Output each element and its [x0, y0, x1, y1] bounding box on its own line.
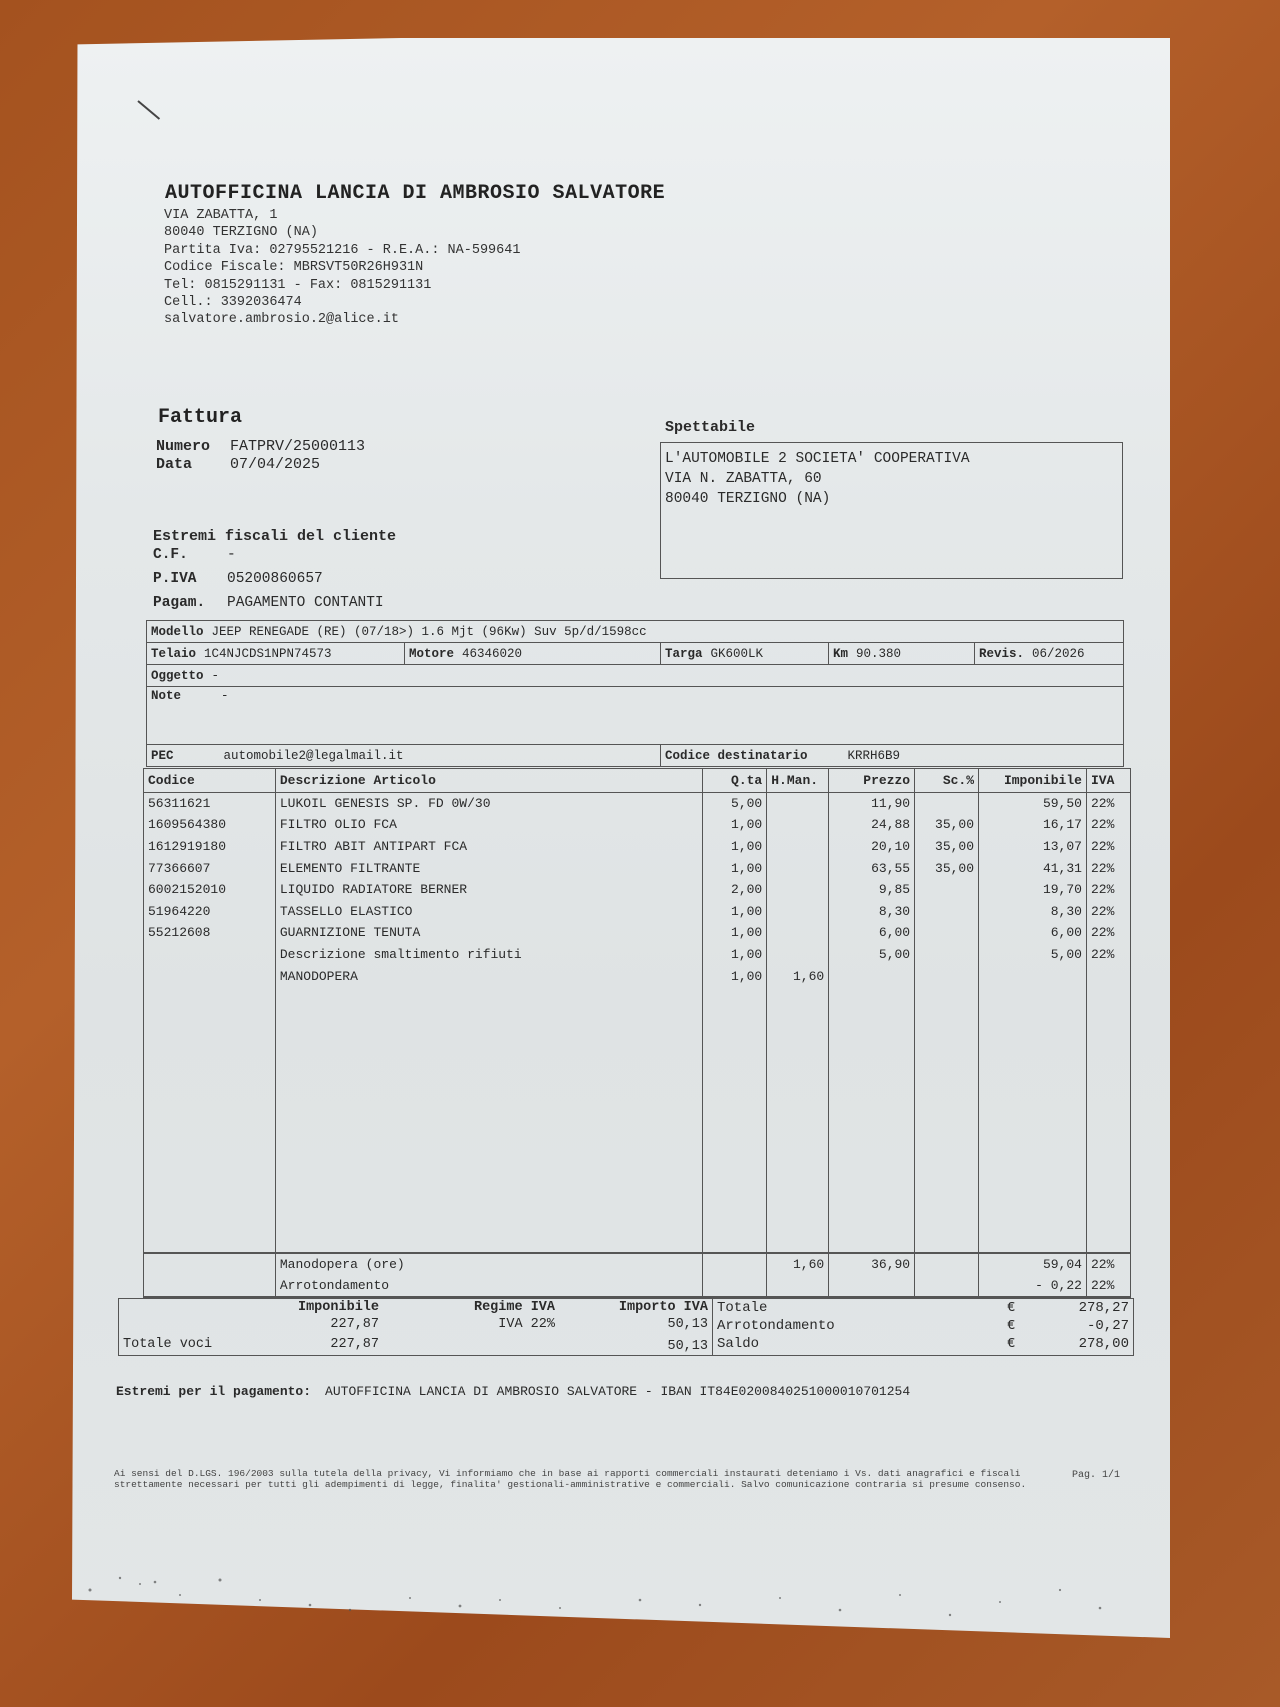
cell-taxable: 13,07 [979, 836, 1087, 858]
cell-taxable: 16,17 [979, 814, 1087, 836]
km-value: 90.380 [856, 647, 901, 661]
cell-vat: 22% [1086, 814, 1130, 836]
cell-vat: 22% [1086, 857, 1130, 879]
cell-taxable: 59,50 [979, 793, 1087, 815]
balance-label: Saldo [713, 1335, 1003, 1353]
cell-code: 1609564380 [144, 814, 276, 836]
table-row: MANODOPERA1,001,60 [144, 965, 1131, 987]
cell-vat: 22% [1086, 900, 1130, 922]
subject-value: - [212, 669, 220, 683]
rounding-value: -0,27 [1043, 1317, 1133, 1335]
cell-vat: 22% [1086, 879, 1130, 901]
payment-method: PAGAMENTO CONTANTI [227, 595, 384, 611]
rounding-label: Arrotondamento [713, 1317, 1003, 1335]
summary-taxable: 227,87 [259, 1316, 383, 1333]
cell-qty: 1,00 [703, 965, 767, 987]
table-row: 51964220TASSELLO ELASTICO1,008,308,3022% [144, 900, 1131, 922]
cell-vat [1086, 965, 1130, 987]
cell-price: 63,55 [829, 857, 915, 879]
cell-disc [915, 879, 979, 901]
cell-hman [767, 944, 829, 966]
cell-taxable: 6,00 [979, 922, 1087, 944]
cell-desc: TASSELLO ELASTICO [275, 900, 702, 922]
total-value: 278,27 [1043, 1299, 1133, 1317]
page-number: Pag. 1/1 [1072, 1470, 1120, 1481]
cell-disc [915, 965, 979, 987]
pec-label: PEC [151, 749, 174, 763]
cell-disc: 35,00 [915, 857, 979, 879]
total-items-label: Totale voci [119, 1333, 259, 1355]
cf-value: - [227, 547, 236, 563]
seller-phone: Tel: 0815291131 - Fax: 0815291131 [164, 277, 520, 294]
cell-taxable [979, 965, 1087, 987]
cell-price: 8,30 [829, 900, 915, 922]
table-row: 55212608GUARNIZIONE TENUTA1,006,006,0022… [144, 922, 1131, 944]
privacy-notice: Ai sensi del D.LGS. 196/2003 sulla tutel… [114, 1468, 1074, 1490]
cell-price [829, 965, 915, 987]
recipient-code-value: KRRH6B9 [848, 749, 901, 763]
cell-hman: 1,60 [767, 965, 829, 987]
cell-vat: 22% [1086, 793, 1130, 815]
engine-value: 46346020 [462, 647, 522, 661]
empty-rows-area [144, 987, 1131, 1253]
document-title: Fattura [158, 406, 242, 429]
cell-desc: Descrizione smaltimento rifiuti [275, 944, 702, 966]
col-price: Prezzo [829, 769, 915, 793]
cell-desc: GUARNIZIONE TENUTA [275, 922, 702, 944]
summary-taxable-label: Imponibile [259, 1299, 383, 1316]
cell-code: 77366607 [144, 857, 276, 879]
cell-desc: FILTRO OLIO FCA [275, 814, 702, 836]
col-description: Descrizione Articolo [275, 769, 702, 793]
total-items-vat: 50,13 [559, 1333, 712, 1355]
plate-label: Targa [665, 647, 703, 661]
cell-qty: 1,00 [703, 922, 767, 944]
col-qty: Q.ta [703, 769, 767, 793]
revision-value: 06/2026 [1032, 647, 1085, 661]
cell-hman [767, 879, 829, 901]
toner-specks [80, 1570, 1140, 1620]
seller-name: AUTOFFICINA LANCIA DI AMBROSIO SALVATORE [165, 182, 665, 205]
cell-vat: 22% [1086, 944, 1130, 966]
seller-tax-code: Codice Fiscale: MBRSVT50R26H931N [164, 259, 520, 276]
recipient-label: Spettabile [665, 419, 755, 436]
cell-disc [915, 944, 979, 966]
payment-details-label: Estremi per il pagamento: [116, 1384, 311, 1399]
cell-vat: 22% [1086, 836, 1130, 858]
seller-vat: Partita Iva: 02795521216 - R.E.A.: NA-59… [164, 242, 520, 259]
cell-qty: 1,00 [703, 814, 767, 836]
notes-label: Note [151, 689, 181, 703]
cell-disc [915, 922, 979, 944]
cell-qty: 2,00 [703, 879, 767, 901]
payment-details: Estremi per il pagamento:AUTOFFICINA LAN… [116, 1384, 910, 1399]
table-row: 1609564380FILTRO OLIO FCA1,0024,8835,001… [144, 814, 1131, 836]
vehicle-info-table: ModelloJEEP RENEGADE (RE) (07/18>) 1.6 M… [146, 620, 1124, 767]
cell-price: 5,00 [829, 944, 915, 966]
seller-details: VIA ZABATTA, 1 80040 TERZIGNO (NA) Parti… [164, 207, 520, 329]
cell-hman [767, 793, 829, 815]
cell-desc: FILTRO ABIT ANTIPART FCA [275, 836, 702, 858]
seller-address: VIA ZABATTA, 1 [164, 207, 520, 224]
totals-table: Imponibile Regime IVA Importo IVA 227,87… [118, 1298, 1134, 1356]
seller-city: 80040 TERZIGNO (NA) [164, 224, 520, 241]
cell-price: 6,00 [829, 922, 915, 944]
piva-label: P.IVA [153, 570, 227, 588]
cell-desc: ELEMENTO FILTRANTE [275, 857, 702, 879]
invoice-date: 07/04/2025 [230, 456, 320, 473]
cell-hman [767, 836, 829, 858]
cell-hman [767, 900, 829, 922]
payment-label: Pagam. [153, 594, 227, 612]
cell-code [144, 944, 276, 966]
number-label: Numero [156, 438, 230, 456]
client-fiscal-title: Estremi fiscali del cliente [153, 528, 396, 546]
cell-disc: 35,00 [915, 814, 979, 836]
cell-code [144, 965, 276, 987]
summary-vat-amount: 50,13 [559, 1316, 712, 1333]
cell-qty: 1,00 [703, 836, 767, 858]
cell-taxable: 19,70 [979, 879, 1087, 901]
summary-vat-regime: IVA 22% [383, 1316, 559, 1333]
revision-label: Revis. [979, 647, 1024, 661]
recipient-code-label: Codice destinatario [665, 749, 808, 763]
recipient-city: 80040 TERZIGNO (NA) [665, 489, 1118, 509]
items-header-row: Codice Descrizione Articolo Q.ta H.Man. … [144, 769, 1131, 793]
cell-qty: 1,00 [703, 857, 767, 879]
cf-label: C.F. [153, 546, 227, 564]
table-row: 6002152010LIQUIDO RADIATORE BERNER2,009,… [144, 879, 1131, 901]
cell-taxable: 41,31 [979, 857, 1087, 879]
currency-symbol: € [1003, 1317, 1043, 1335]
engine-label: Motore [409, 647, 454, 661]
table-row: 56311621LUKOIL GENESIS SP. FD 0W/305,001… [144, 793, 1131, 815]
table-row: 1612919180FILTRO ABIT ANTIPART FCA1,0020… [144, 836, 1131, 858]
cell-code: 56311621 [144, 793, 276, 815]
cell-code: 6002152010 [144, 879, 276, 901]
seller-email: salvatore.ambrosio.2@alice.it [164, 311, 520, 328]
subject-label: Oggetto [151, 669, 204, 683]
chassis-label: Telaio [151, 647, 196, 661]
chassis-value: 1C4NJCDS1NPN74573 [204, 647, 332, 661]
rounding-row: Arrotondamento- 0,2222% [144, 1275, 1131, 1297]
items-table: Codice Descrizione Articolo Q.ta H.Man. … [143, 768, 1131, 1298]
col-vat: IVA [1086, 769, 1130, 793]
cell-code: 51964220 [144, 900, 276, 922]
cell-hman [767, 857, 829, 879]
seller-mobile: Cell.: 3392036474 [164, 294, 520, 311]
document-meta: NumeroFATPRV/25000113 Data07/04/2025 [156, 438, 365, 474]
notes-value: - [221, 689, 229, 703]
plate-value: GK600LK [711, 647, 764, 661]
cell-vat: 22% [1086, 922, 1130, 944]
cell-disc: 35,00 [915, 836, 979, 858]
total-label: Totale [713, 1299, 1003, 1317]
cell-disc [915, 900, 979, 922]
cell-taxable: 8,30 [979, 900, 1087, 922]
cell-qty: 1,00 [703, 900, 767, 922]
currency-symbol: € [1003, 1335, 1043, 1353]
cell-price: 11,90 [829, 793, 915, 815]
cell-code: 55212608 [144, 922, 276, 944]
col-taxable: Imponibile [979, 769, 1087, 793]
table-row: 77366607ELEMENTO FILTRANTE1,0063,5535,00… [144, 857, 1131, 879]
table-row: Descrizione smaltimento rifiuti1,005,005… [144, 944, 1131, 966]
col-discount: Sc.% [915, 769, 979, 793]
invoice-number: FATPRV/25000113 [230, 438, 365, 455]
piva-value: 05200860657 [227, 571, 323, 587]
recipient-name: L'AUTOMOBILE 2 SOCIETA' COOPERATIVA [665, 449, 1118, 469]
date-label: Data [156, 456, 230, 474]
cell-hman [767, 922, 829, 944]
cell-code: 1612919180 [144, 836, 276, 858]
cell-desc: LIQUIDO RADIATORE BERNER [275, 879, 702, 901]
cell-desc: LUKOIL GENESIS SP. FD 0W/30 [275, 793, 702, 815]
payment-details-value: AUTOFFICINA LANCIA DI AMBROSIO SALVATORE… [325, 1384, 910, 1399]
cell-qty: 5,00 [703, 793, 767, 815]
client-fiscal: Estremi fiscali del cliente C.F.- P.IVA0… [153, 528, 396, 612]
currency-symbol: € [1003, 1299, 1043, 1317]
balance-value: 278,00 [1043, 1335, 1133, 1353]
summary-vat-regime-label: Regime IVA [383, 1299, 559, 1316]
cell-price: 24,88 [829, 814, 915, 836]
cell-desc: MANODOPERA [275, 965, 702, 987]
labour-row: Manodopera (ore)1,6036,9059,0422% [144, 1253, 1131, 1275]
cell-disc [915, 793, 979, 815]
km-label: Km [833, 647, 848, 661]
recipient-address: VIA N. ZABATTA, 60 [665, 469, 1118, 489]
cell-price: 20,10 [829, 836, 915, 858]
total-items-taxable: 227,87 [259, 1333, 383, 1355]
summary-vat-amount-label: Importo IVA [559, 1299, 712, 1316]
pec-value: automobile2@legalmail.it [224, 749, 404, 763]
col-hman: H.Man. [767, 769, 829, 793]
cell-qty: 1,00 [703, 944, 767, 966]
cell-hman [767, 814, 829, 836]
col-code: Codice [144, 769, 276, 793]
recipient-box: L'AUTOMOBILE 2 SOCIETA' COOPERATIVA VIA … [660, 442, 1123, 579]
model-value: JEEP RENEGADE (RE) (07/18>) 1.6 Mjt (96K… [212, 625, 647, 639]
cell-taxable: 5,00 [979, 944, 1087, 966]
model-label: Modello [151, 625, 204, 639]
cell-price: 9,85 [829, 879, 915, 901]
